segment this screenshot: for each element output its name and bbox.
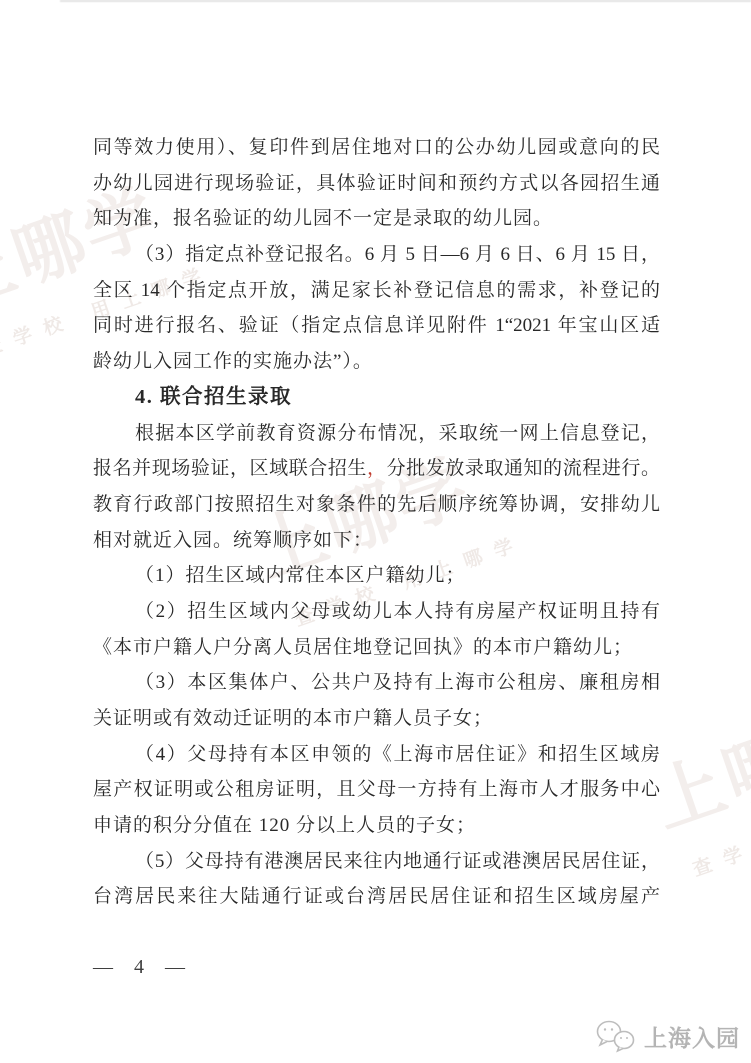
document-line: 全区 14 个指定点开放，满足家长补登记信息的需求，补登记的 [93, 273, 660, 309]
document-line: 根据本区学前教育资源分布情况，采取统一网上信息登记， [93, 416, 660, 452]
document-line: 同等效力使用）、复印件到居住地对口的公办幼儿园或意向的民 [93, 130, 660, 166]
document-line: 办幼儿园进行现场验证，具体验证时间和预约方式以各园招生通 [93, 166, 660, 202]
document-line: 屋产权证明或公租房证明，且父母一方持有上海市人才服务中心 [93, 772, 660, 808]
document-line: 关证明或有效动迁证明的本市户籍人员子女； [93, 701, 660, 737]
wechat-icon [595, 1019, 637, 1053]
text-segment: 报名并现场验证，区域联合招生 [93, 458, 367, 479]
document-line: 知为准，报名验证的幼儿园不一定是录取的幼儿园。 [93, 201, 660, 237]
document-body: 同等效力使用）、复印件到居住地对口的公办幼儿园或意向的民办幼儿园进行现场验证，具… [93, 130, 660, 915]
document-line: （5）父母持有港澳居民来往内地通行证或港澳居民居住证， [93, 844, 660, 880]
brand-footer: 上海入园 [595, 1018, 740, 1054]
document-line: 龄幼儿入园工作的实施办法”）。 [93, 344, 660, 380]
document-line: （3）指定点补登记报名。6 月 5 日—6 月 6 日、6 月 15 日， [93, 237, 660, 273]
scan-artifact-line [60, 0, 751, 2]
document-line: 相对就近入园。统筹顺序如下： [93, 523, 660, 559]
document-line: 教育行政部门按照招生对象条件的先后顺序统筹协调，安排幼儿 [93, 487, 660, 523]
document-page: 上哪学 查学校 用上哪学 上哪学 查学校 用上哪学 上哪学 查学校 用上哪学 同… [0, 0, 751, 1063]
document-line: 报名并现场验证，区域联合招生，分批发放录取通知的流程进行。 [93, 451, 660, 487]
section-heading: 4. 联合招生录取 [93, 380, 660, 416]
accent-text: ， [367, 458, 387, 479]
document-line: （2）招生区域内父母或幼儿本人持有房屋产权证明且持有 [93, 594, 660, 630]
brand-label: 上海入园 [644, 1020, 740, 1053]
document-line: 同时进行报名、验证（指定点信息详见附件 1“2021 年宝山区适 [93, 308, 660, 344]
document-line: （1）招生区域内常住本区户籍幼儿； [93, 558, 660, 594]
document-line: 台湾居民来往大陆通行证或台湾居民居住证和招生区域房屋产 [93, 879, 660, 915]
text-segment: 分批发放录取通知的流程进行。 [387, 458, 660, 479]
page-number: — 4 — [93, 956, 186, 979]
watermark-tagline: 查学校 用上哪学 [689, 777, 751, 881]
document-line: 申请的积分分值在 120 分以上人员的子女； [93, 808, 660, 844]
document-line: （4）父母持有本区申领的《上海市居住证》和招生区域房 [93, 737, 660, 773]
document-line: 《本市户籍人户分离人员居住地登记回执》的本市户籍幼儿； [93, 630, 660, 666]
document-line: （3）本区集体户、公共户及持有上海市公租房、廉租房相 [93, 665, 660, 701]
